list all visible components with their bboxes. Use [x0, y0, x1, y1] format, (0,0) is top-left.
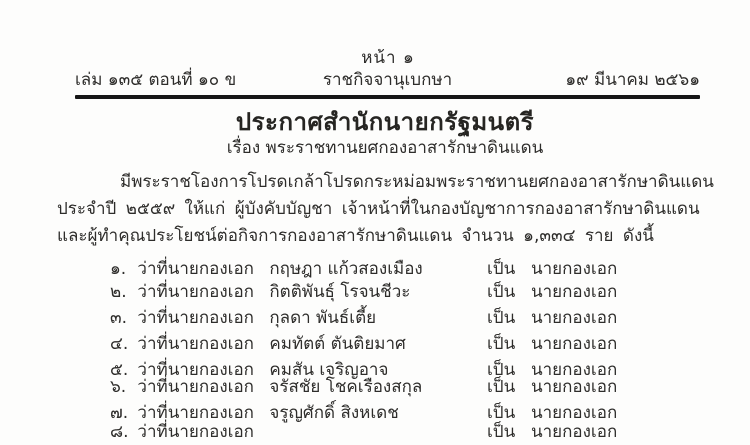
person-name: กุลดา พันธ์เตี้ย: [269, 304, 376, 331]
masthead: เล่ม ๑๓๕ ตอนที่ ๑๐ ข ราชกิจจานุเบกษา ๑๙ …: [75, 66, 700, 90]
row-number: ๒.: [110, 278, 130, 305]
person-name: จรัสชัย โชคเรืองสกุล: [269, 373, 422, 400]
row-number: ๖.: [110, 373, 130, 400]
header-rule: [75, 95, 700, 99]
from-rank: ว่าที่นายกองเอก: [137, 304, 254, 331]
person-name: กิตติพันธุ์ โรจนชีวะ: [269, 278, 410, 305]
row-number: ๓.: [110, 304, 130, 331]
announcement-subject: เรื่อง พระราชทานยศกองอาสารักษาดินแดน: [0, 134, 750, 161]
verb-to-be: เป็น: [487, 373, 515, 400]
roster-row: ๔. ว่าที่นายกองเอก คมทัตต์ ตันติยมาศ เป็…: [110, 330, 710, 356]
granted-rank: นายกองเอก: [531, 373, 617, 400]
person-name: คมทัตต์ ตันติยมาศ: [269, 330, 405, 357]
roster-row: ๒. ว่าที่นายกองเอก กิตติพันธุ์ โรจนชีวะ …: [110, 278, 710, 304]
roster-row: ๖. ว่าที่นายกองเอก จรัสชัย โชคเรืองสกุล …: [110, 373, 710, 399]
roster-row-partial: ๘. ว่าที่นายกองเอก เป็น นายกองเอก: [110, 418, 710, 422]
body-line: มีพระราชโองการโปรดเกล้าโปรดกระหม่อมพระรา…: [120, 168, 714, 195]
from-rank: ว่าที่นายกองเอก: [137, 373, 254, 400]
verb-to-be: เป็น: [487, 304, 515, 331]
from-rank: ว่าที่นายกองเอก: [137, 278, 254, 305]
verb-to-be: เป็น: [487, 278, 515, 305]
granted-rank: นายกองเอก: [531, 418, 617, 422]
gazette-page: หน้า ๑ เล่ม ๑๓๕ ตอนที่ ๑๐ ข ราชกิจจานุเบ…: [0, 0, 750, 422]
publication-date: ๑๙ มีนาคม ๒๕๖๑: [565, 66, 700, 93]
body-line: และผู้ทำคุณประโยชน์ต่อกิจการกองอาสารักษา…: [57, 222, 654, 249]
granted-rank: นายกองเอก: [531, 330, 617, 357]
from-rank: ว่าที่นายกองเอก: [137, 330, 254, 357]
row-number: ๔.: [110, 330, 130, 357]
verb-to-be: เป็น: [487, 330, 515, 357]
granted-rank: นายกองเอก: [531, 278, 617, 305]
row-number: ๘.: [110, 418, 130, 422]
from-rank: ว่าที่นายกองเอก: [137, 418, 254, 422]
roster-row: ๓. ว่าที่นายกองเอก กุลดา พันธ์เตี้ย เป็น…: [110, 304, 710, 330]
verb-to-be: เป็น: [487, 418, 515, 422]
granted-rank: นายกองเอก: [531, 304, 617, 331]
body-line: ประจำปี ๒๕๕๙ ให้แก่ ผู้บังคับบัญชา เจ้าห…: [57, 195, 700, 222]
